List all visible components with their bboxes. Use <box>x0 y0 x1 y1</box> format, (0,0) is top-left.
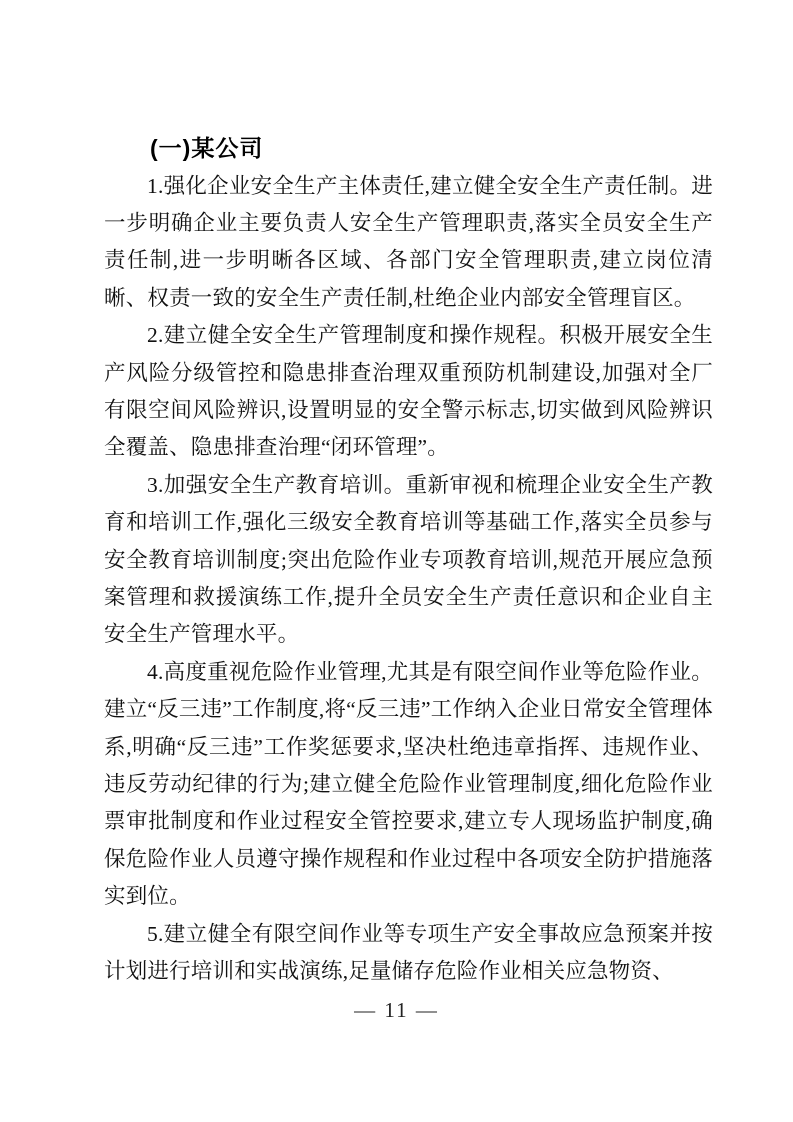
paragraph-1: 1.强化企业安全生产主体责任,建立健全安全生产责任制。进一步明确企业主要负责人安… <box>104 168 713 318</box>
section-heading: (一)某公司 <box>104 130 713 168</box>
page-number: — 11 — <box>0 997 793 1023</box>
document-page: (一)某公司 1.强化企业安全生产主体责任,建立健全安全生产责任制。进一步明确企… <box>104 130 713 990</box>
paragraph-3: 3.加强安全生产教育培训。重新审视和梳理企业安全生产教育和培训工作,强化三级安全… <box>104 467 713 654</box>
paragraph-4: 4.高度重视危险作业管理,尤其是有限空间作业等危险作业。建立“反三违”工作制度,… <box>104 654 713 916</box>
paragraph-5: 5.建立健全有限空间作业等专项生产安全事故应急预案并按计划进行培训和实战演练,足… <box>104 916 713 991</box>
paragraph-2: 2.建立健全安全生产管理制度和操作规程。积极开展安全生产风险分级管控和隐患排查治… <box>104 317 713 467</box>
